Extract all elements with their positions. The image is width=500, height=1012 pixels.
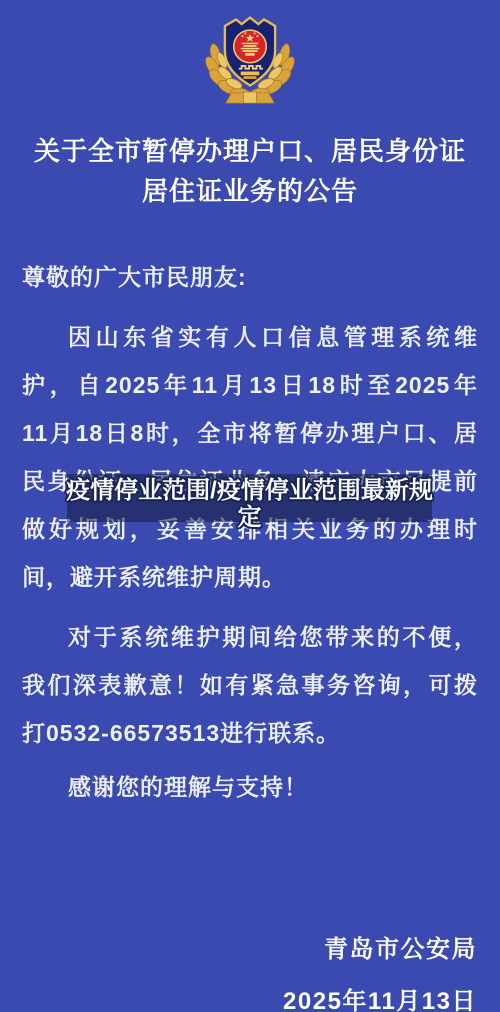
notice-body: 尊敬的广大市民朋友: 因山东省实有人口信息管理系统维 护，自2025年11月13…	[22, 253, 478, 811]
salutation: 尊敬的广大市民朋友:	[22, 253, 478, 301]
thanks-line: 感谢您的理解与支持！	[22, 763, 478, 811]
overlay-caption[interactable]: 疫情停业范围/疫情停业范围最新规 定	[67, 474, 432, 522]
body-line: 我们深表歉意！如有紧急事务咨询，可拨	[22, 661, 478, 709]
overlay-caption-line2: 定	[238, 504, 262, 531]
notice-title-line1: 关于全市暂停办理户口、居民身份证	[0, 131, 500, 171]
signature-date: 2025年11月13日	[283, 981, 477, 1012]
notice-title: 关于全市暂停办理户口、居民身份证 居住证业务的公告	[0, 131, 500, 211]
signature-org: 青岛市公安局	[283, 929, 477, 964]
signature-block: 青岛市公安局 2025年11月13日	[283, 929, 477, 1012]
overlay-caption-line1: 疫情停业范围/疫情停业范围最新规	[66, 477, 433, 504]
body-line: 间，避开系统维护周期。	[22, 553, 478, 601]
body-line: 对于系统维护期间给您带来的不便，	[22, 613, 478, 661]
body-line: 11月18日8时，全市将暂停办理户口、居	[22, 409, 478, 457]
body-line: 护，自2025年11月13日18时至2025年	[22, 361, 478, 409]
notice-poster: 关于全市暂停办理户口、居民身份证 居住证业务的公告 尊敬的广大市民朋友: 因山东…	[0, 0, 500, 1012]
police-badge-icon	[0, 12, 500, 105]
body-line: 打0532-66573513进行联系。	[22, 709, 478, 757]
body-line: 因山东省实有人口信息管理系统维	[22, 313, 478, 361]
notice-title-line2: 居住证业务的公告	[0, 171, 500, 211]
